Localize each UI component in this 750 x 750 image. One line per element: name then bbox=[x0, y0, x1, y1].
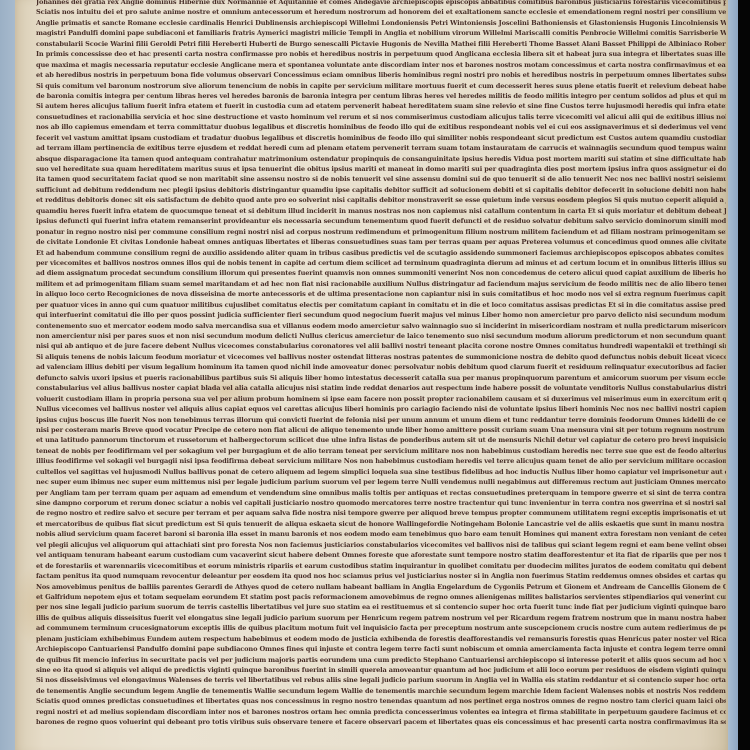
manuscript-line: regni nostri et ad melius sopiendam disc… bbox=[36, 707, 726, 717]
manuscript-line: Nos amovebimus penitus de balliis parent… bbox=[36, 582, 726, 592]
frame-edge bbox=[738, 0, 750, 750]
manuscript-line: Si nos disseisivimus vel elongavimus Wal… bbox=[36, 675, 726, 685]
mount-background-right bbox=[728, 0, 738, 750]
manuscript-line: et de forestariis et warennariis vicecom… bbox=[36, 561, 726, 571]
manuscript-line: nobis aliud servicium quam faceret baron… bbox=[36, 529, 726, 539]
manuscript-line: ita tamen quod securitatem faciat quod s… bbox=[36, 174, 726, 184]
manuscript-line: in aliquo loco certo Recogniciones de no… bbox=[36, 289, 726, 299]
manuscript-line: de civitate Londonie Et civitas Londonie… bbox=[36, 237, 726, 247]
manuscript-text: Johannes dei gratia rex Anglie dominus H… bbox=[36, 0, 726, 728]
manuscript-line: defuncto salvis uxori ipsius et pueris r… bbox=[36, 373, 726, 383]
manuscript-line: nec super eum ibimus nec super eum mitte… bbox=[36, 477, 726, 487]
mount-background-left bbox=[0, 0, 16, 750]
manuscript-line: nisi qui ab antiquo et de jure facere de… bbox=[36, 341, 726, 351]
manuscript-line: per vicecomites et ballivos nostros omne… bbox=[36, 258, 726, 268]
manuscript-line: Et ad habendum commune consilium regni d… bbox=[36, 248, 726, 258]
manuscript-line: factam penitus ita quod numquam revocent… bbox=[36, 571, 726, 581]
manuscript-line: et Galfridum nepotem ejus et totam seque… bbox=[36, 592, 726, 602]
manuscript-line: ponatur in regno nostro nisi per commune… bbox=[36, 227, 726, 237]
manuscript-line: plenam justiciam exhibebimus Eundem aute… bbox=[36, 634, 726, 644]
manuscript-line: ad terram illam pertinencia de exitibus … bbox=[36, 143, 726, 153]
manuscript-line: et mercatoribus de quibus fiat sicut pre… bbox=[36, 519, 726, 529]
manuscript-line: Nullus vicecomes vel ballivus noster vel… bbox=[36, 404, 726, 414]
manuscript-line: nisi per costeram maris Breve quod vocat… bbox=[36, 425, 726, 435]
manuscript-line: ad valenciam illius debiti per visum leg… bbox=[36, 362, 726, 372]
manuscript-line: ad communem terminum crucesignatorum exc… bbox=[36, 623, 726, 633]
manuscript-line: qui interfuerint comitatui die illo per … bbox=[36, 310, 726, 320]
manuscript-line: magistri Pandulfi domini pape subdiaconi… bbox=[36, 28, 726, 38]
manuscript-line: non amercientur nisi per pares suos et n… bbox=[36, 331, 726, 341]
manuscript-line: militem et ad primogenitam filiam suam s… bbox=[36, 279, 726, 289]
manuscript-line: Archiepiscopo Cantuariensi Pandulfo domi… bbox=[36, 644, 726, 654]
manuscript-line: illius feodifirme vel sokagii vel burgag… bbox=[36, 456, 726, 466]
manuscript-line: sine dampno corporum et rerum donec scia… bbox=[36, 498, 726, 508]
manuscript-line: Si quis comitum vel baronum nostrorum si… bbox=[36, 81, 726, 91]
manuscript-line: et redditus debitoris donec sit eis sati… bbox=[36, 195, 726, 205]
manuscript-line: In primis concessisse deo et hac present… bbox=[36, 49, 726, 59]
manuscript-line: constabularii Scocie Warini filii Gerold… bbox=[36, 39, 726, 49]
manuscript-line: constabularius vel alius ballivus noster… bbox=[36, 383, 726, 393]
manuscript-line: sufficiunt ad debitum reddendum nec pleg… bbox=[36, 185, 726, 195]
manuscript-line: vel plegii alicujus vel aliquorum qui at… bbox=[36, 540, 726, 550]
manuscript-line: ipsius cujus boscus ille fuerit Nos non … bbox=[36, 415, 726, 425]
manuscript-line: per quatuor vices in anno qui cum quatuo… bbox=[36, 300, 726, 310]
manuscript-line: voluerit custodiam illam in propria pers… bbox=[36, 394, 726, 404]
manuscript-line: absque disparagacione ita tamen quod ant… bbox=[36, 154, 726, 164]
manuscript-line: de quibus fit mencio inferius in securit… bbox=[36, 655, 726, 665]
manuscript-line: Sciatis quod omnes predictas consuetudin… bbox=[36, 696, 726, 706]
manuscript-line: barones de regno quos voluerint qui debe… bbox=[36, 717, 726, 727]
manuscript-line: consuetudines et racionabilia servicia e… bbox=[36, 112, 726, 122]
manuscript-line: de baronia comitis integra per centum li… bbox=[36, 91, 726, 101]
manuscript-line: teneat de nobis per feodifirmam vel per … bbox=[36, 446, 726, 456]
manuscript-line: suo vel hereditate sua quam hereditatem … bbox=[36, 164, 726, 174]
manuscript-line: per nos sine legali judicio parium suoru… bbox=[36, 602, 726, 612]
manuscript-line: sine eo ita quod si aliquis vel aliqui d… bbox=[36, 665, 726, 675]
manuscript-line: de regno nostro et redire salvo et secur… bbox=[36, 508, 726, 518]
manuscript-line: fecerit vel vastum amittat ipsam custodi… bbox=[36, 133, 726, 143]
manuscript-line: nos ab illo capiemus emendam et terra co… bbox=[36, 122, 726, 132]
manuscript-line: que maxima et magis necessaria reputatur… bbox=[36, 60, 726, 70]
manuscript-line: cultellos vel sagittas vel hujusmodi Nul… bbox=[36, 467, 726, 477]
manuscript-line: et una latitudo pannorum tinctorum et ru… bbox=[36, 435, 726, 445]
manuscript-line: contenemento suo et mercator eodem modo … bbox=[36, 321, 726, 331]
manuscript-line: vel antiquam tenuram habeant earum custo… bbox=[36, 550, 726, 560]
manuscript-line: Sciatis nos intuitu dei et pro salute an… bbox=[36, 7, 726, 17]
manuscript-line: et ab heredibus nostris in perpetuum bon… bbox=[36, 70, 726, 80]
manuscript-line: de tenementis Anglie secundum legem Angl… bbox=[36, 686, 726, 696]
manuscript-line: per Angliam tam per terram quam per aqua… bbox=[36, 488, 726, 498]
manuscript-line: quamdiu heres fuerit infra etatem de quo… bbox=[36, 206, 726, 216]
manuscript-line: Si aliquis tenens de nobis laicum feodum… bbox=[36, 352, 726, 362]
manuscript-line: ad diem assignatum procedat secundum con… bbox=[36, 268, 726, 278]
manuscript-line: Si autem heres alicujus talium fuerit in… bbox=[36, 101, 726, 111]
manuscript-line: ipsius defuncti qui fuerint infra etatem… bbox=[36, 216, 726, 226]
manuscript-line: Anglie primatis et sancte Romane ecclesi… bbox=[36, 18, 726, 28]
manuscript-line: Johannes dei gratia rex Anglie dominus H… bbox=[36, 0, 726, 7]
manuscript-line: illis de quibus aliquis disseisitus fuer… bbox=[36, 613, 726, 623]
